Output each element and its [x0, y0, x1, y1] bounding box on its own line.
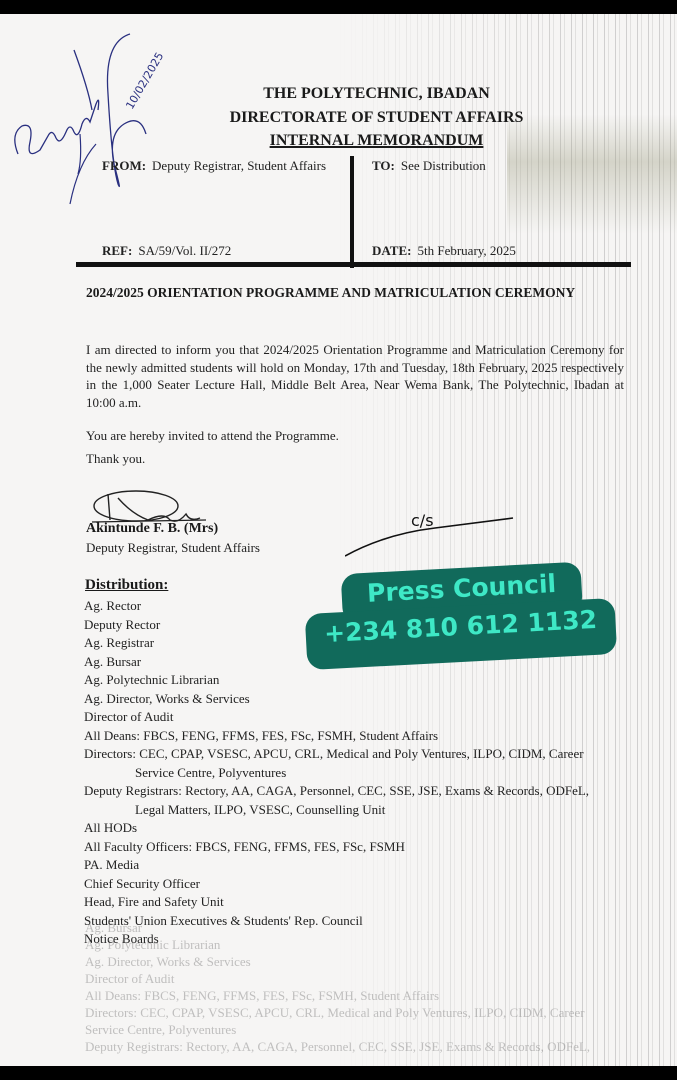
distribution-item-text: Directors: CEC, CPAP, VSESC, APCU, CRL, … — [84, 746, 584, 761]
distribution-item-continuation: Legal Matters, ILPO, VSESC, Counselling … — [84, 801, 629, 820]
distribution-item: Deputy Registrars: Rectory, AA, CAGA, Pe… — [84, 782, 629, 819]
distribution-item-text: All Deans: FBCS, FENG, FFMS, FES, FSc, F… — [84, 728, 438, 743]
body-paragraph-1: I am directed to inform you that 2024/20… — [86, 341, 624, 411]
distribution-item-text: All Faculty Officers: FBCS, FENG, FFMS, … — [84, 839, 405, 854]
distribution-item-text: Ag. Registrar — [84, 635, 154, 650]
bleedthrough-line: Service Centre, Polyventures — [85, 1021, 645, 1038]
distribution-item-continuation: Service Centre, Polyventures — [84, 764, 629, 783]
signatory-name: Akintunde F. B. (Mrs) — [86, 521, 218, 537]
svg-text:c/s: c/s — [411, 511, 434, 530]
memo-page: 10/02/2025 THE POLYTECHNIC, IBADAN DIREC… — [0, 14, 677, 1066]
header-rule — [76, 262, 631, 267]
institution-name: THE POLYTECHNIC, IBADAN — [38, 85, 677, 103]
distribution-item-text: All HODs — [84, 820, 137, 835]
bleedthrough-line: Ag. Polytechnic Librarian — [85, 936, 645, 953]
document-type: INTERNAL MEMORANDUM — [38, 132, 677, 150]
distribution-item: Ag. Director, Works & Services — [84, 690, 629, 709]
distribution-item: All Faculty Officers: FBCS, FENG, FFMS, … — [84, 838, 629, 857]
distribution-item: All HODs — [84, 819, 629, 838]
from-field: FROM:Deputy Registrar, Student Affairs — [102, 158, 326, 174]
distribution-item-text: Deputy Rector — [84, 617, 160, 632]
distribution-item-text: Deputy Registrars: Rectory, AA, CAGA, Pe… — [84, 783, 589, 798]
distribution-item: PA. Media — [84, 856, 629, 875]
bleedthrough-line: Ag. Bursar — [85, 919, 645, 936]
bleedthrough-line: Directors: CEC, CPAP, VSESC, APCU, CRL, … — [85, 1004, 645, 1021]
field-divider — [350, 156, 354, 268]
press-council-badge: Press Council +234 810 612 1132 — [303, 560, 618, 672]
distribution-item-text: Director of Audit — [84, 709, 174, 724]
ref-field: REF:SA/59/Vol. II/272 — [102, 243, 231, 259]
distribution-item-text: Ag. Rector — [84, 598, 141, 613]
memo-subject: 2024/2025 ORIENTATION PROGRAMME AND MATR… — [86, 285, 575, 301]
cs-annotation: c/s — [345, 504, 515, 564]
bleedthrough-line: Director of Audit — [85, 970, 645, 987]
distribution-item-text: Chief Security Officer — [84, 876, 200, 891]
bleedthrough-text: Ag. BursarAg. Polytechnic LibrarianAg. D… — [85, 919, 645, 1055]
bleedthrough-line: Ag. Director, Works & Services — [85, 953, 645, 970]
distribution-item: Directors: CEC, CPAP, VSESC, APCU, CRL, … — [84, 745, 629, 782]
distribution-item-text: Ag. Director, Works & Services — [84, 691, 250, 706]
closing-text: Thank you. — [86, 451, 145, 467]
distribution-item-text: Ag. Polytechnic Librarian — [84, 672, 219, 687]
body-paragraph-2: You are hereby invited to attend the Pro… — [86, 427, 624, 445]
bleedthrough-line: All Deans: FBCS, FENG, FFMS, FES, FSc, F… — [85, 987, 645, 1004]
to-field: TO:See Distribution — [372, 158, 486, 174]
distribution-item-text: Ag. Bursar — [84, 654, 141, 669]
distribution-title: Distribution: — [85, 577, 168, 594]
distribution-item: All Deans: FBCS, FENG, FFMS, FES, FSc, F… — [84, 727, 629, 746]
date-field: DATE:5th February, 2025 — [372, 243, 516, 259]
signatory-title: Deputy Registrar, Student Affairs — [86, 540, 260, 556]
distribution-item: Ag. Polytechnic Librarian — [84, 671, 629, 690]
distribution-item: Head, Fire and Safety Unit — [84, 893, 629, 912]
bleedthrough-line: Deputy Registrars: Rectory, AA, CAGA, Pe… — [85, 1038, 645, 1055]
distribution-item: Director of Audit — [84, 708, 629, 727]
distribution-item: Chief Security Officer — [84, 875, 629, 894]
distribution-item-text: Head, Fire and Safety Unit — [84, 894, 224, 909]
distribution-item-text: PA. Media — [84, 857, 139, 872]
directorate-name: DIRECTORATE OF STUDENT AFFAIRS — [38, 109, 677, 127]
